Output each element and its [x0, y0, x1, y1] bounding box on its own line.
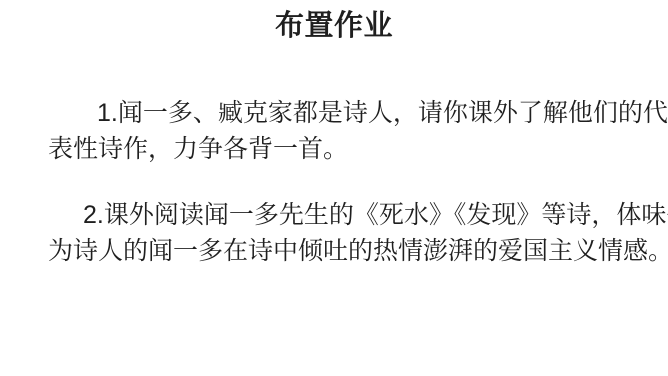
homework-item-2: 2.课外阅读闻一多先生的《死水》《发现》等诗，体味作 为诗人的闻一多在诗中倾吐的…	[48, 197, 624, 269]
homework-item-2-line-2: 为诗人的闻一多在诗中倾吐的热情澎湃的爱国主义情感。	[48, 233, 624, 269]
homework-item-1-line-1: 1.闻一多、臧克家都是诗人，请你课外了解他们的代	[48, 95, 624, 131]
homework-item-1: 1.闻一多、臧克家都是诗人，请你课外了解他们的代 表性诗作，力争各背一首。	[48, 95, 624, 167]
presentation-slide: 布置作业 1.闻一多、臧克家都是诗人，请你课外了解他们的代 表性诗作，力争各背一…	[0, 0, 668, 376]
slide-body: 1.闻一多、臧克家都是诗人，请你课外了解他们的代 表性诗作，力争各背一首。 2.…	[48, 95, 624, 269]
homework-item-2-line-1: 2.课外阅读闻一多先生的《死水》《发现》等诗，体味作	[48, 197, 624, 233]
slide-title: 布置作业	[0, 0, 668, 44]
homework-item-1-line-2: 表性诗作，力争各背一首。	[48, 131, 624, 167]
